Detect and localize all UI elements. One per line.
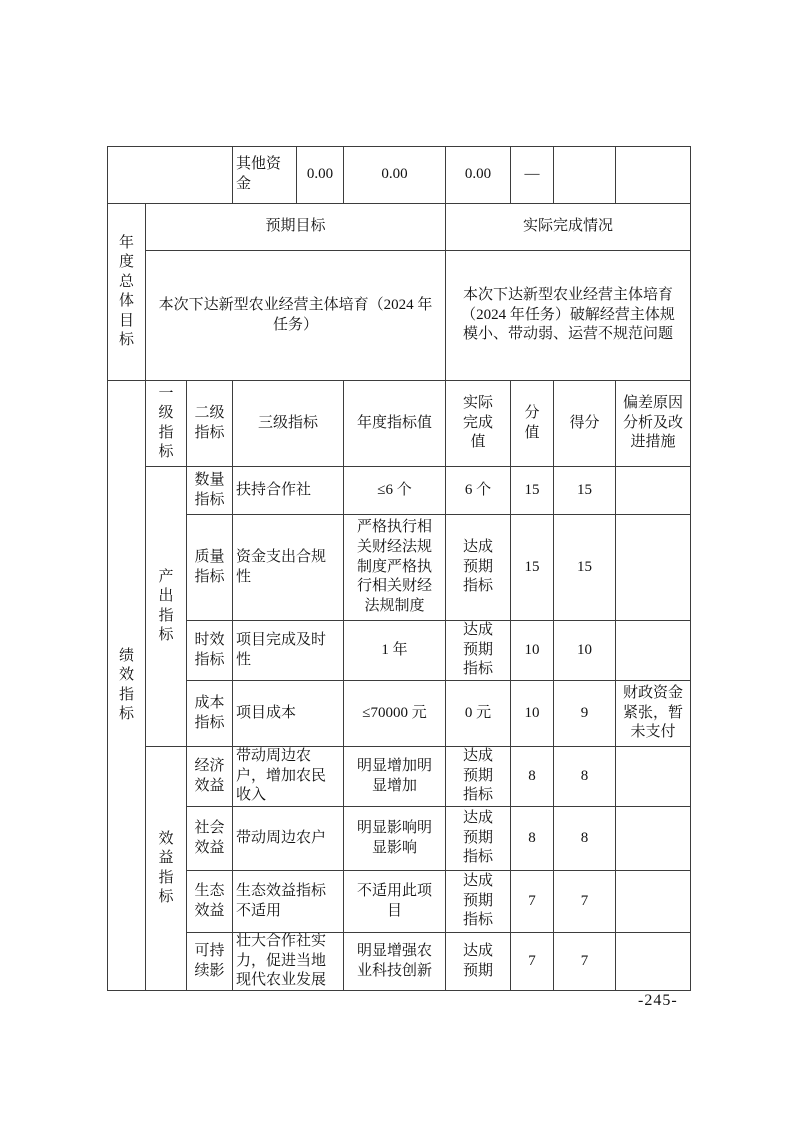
- header-score: 得分: [554, 381, 616, 467]
- row-level3: 壮大合作社实力，促进当地现代农业发展: [233, 933, 344, 991]
- header-deviation: 偏差原因分析及改进措施: [616, 381, 691, 467]
- header-annual-value: 年度指标值: [344, 381, 446, 467]
- row-actual: 达成预期: [446, 933, 511, 991]
- row-points: 8: [511, 807, 554, 871]
- indicators-row-header-text: 绩效指标: [119, 647, 135, 725]
- header-level1-text: 一级指标: [158, 385, 174, 463]
- row-score: 15: [554, 515, 616, 621]
- group-benefit-indicators-text: 效益指标: [158, 830, 174, 908]
- page-number: -245-: [638, 992, 678, 1010]
- row-level3: 生态效益指标不适用: [233, 871, 344, 933]
- funding-adjusted-cell: 0.00: [344, 147, 446, 204]
- row-level3: 项目成本: [233, 681, 344, 747]
- row-score: 8: [554, 747, 616, 807]
- row-points: 15: [511, 467, 554, 515]
- row-level2: 社会效益: [187, 807, 233, 871]
- row-deviation: [616, 747, 691, 807]
- funding-label-cell: 其他资金: [233, 147, 297, 204]
- row-level2: 成本指标: [187, 681, 233, 747]
- row-score: 9: [554, 681, 616, 747]
- row-actual: 0 元: [446, 681, 511, 747]
- row-annual: 明显增强农业科技创新: [344, 933, 446, 991]
- row-level2: 生态效益: [187, 871, 233, 933]
- row-annual: 不适用此项目: [344, 871, 446, 933]
- expected-goal-text: 本次下达新型农业经营主体培育（2024 年任务）: [146, 251, 446, 381]
- row-deviation: [616, 807, 691, 871]
- funding-empty-cell-2: [616, 147, 691, 204]
- row-annual: 严格执行相关财经法规制度严格执行相关财经法规制度: [344, 515, 446, 621]
- row-level2: 数量指标: [187, 467, 233, 515]
- row-annual: ≤6 个: [344, 467, 446, 515]
- row-actual: 达成预期指标: [446, 807, 511, 871]
- performance-table: 其他资金 0.00 0.00 0.00 — 年度总体目标 预期目标 实际完成情况…: [107, 146, 691, 991]
- actual-completion-header: 实际完成情况: [446, 204, 691, 251]
- row-actual: 达成预期指标: [446, 515, 511, 621]
- row-points: 10: [511, 621, 554, 681]
- row-score: 10: [554, 621, 616, 681]
- row-actual: 6 个: [446, 467, 511, 515]
- expected-goal-header: 预期目标: [146, 204, 446, 251]
- row-actual: 达成预期指标: [446, 621, 511, 681]
- row-level2: 质量指标: [187, 515, 233, 621]
- row-score: 15: [554, 467, 616, 515]
- funding-spacer-cell: [108, 147, 233, 204]
- header-level3: 三级指标: [233, 381, 344, 467]
- row-deviation: [616, 467, 691, 515]
- header-level1: 一级指标: [146, 381, 187, 467]
- row-annual: ≤70000 元: [344, 681, 446, 747]
- row-level3: 资金支出合规性: [233, 515, 344, 621]
- row-deviation: [616, 871, 691, 933]
- funding-actual-cell: 0.00: [446, 147, 511, 204]
- row-level2: 经济效益: [187, 747, 233, 807]
- funding-empty-cell-1: [554, 147, 616, 204]
- group-benefit-indicators: 效益指标: [146, 747, 187, 991]
- header-points: 分值: [511, 381, 554, 467]
- row-actual: 达成预期指标: [446, 747, 511, 807]
- row-deviation: [616, 933, 691, 991]
- row-level2: 可持续影: [187, 933, 233, 991]
- row-score: 7: [554, 933, 616, 991]
- row-level3: 带动周边农户: [233, 807, 344, 871]
- annual-goal-row-header-text: 年度总体目标: [119, 234, 135, 351]
- indicators-row-header: 绩效指标: [108, 381, 146, 991]
- row-annual: 明显影响明显影响: [344, 807, 446, 871]
- actual-completion-text: 本次下达新型农业经营主体培育（2024 年任务）破解经营主体规模小、带动弱、运营…: [446, 251, 691, 381]
- row-points: 8: [511, 747, 554, 807]
- header-actual-value: 实际完成值: [446, 381, 511, 467]
- row-annual: 明显增加明显增加: [344, 747, 446, 807]
- funding-budget-cell: 0.00: [297, 147, 344, 204]
- row-level2: 时效指标: [187, 621, 233, 681]
- row-points: 10: [511, 681, 554, 747]
- row-level3: 带动周边农户，增加农民收入: [233, 747, 344, 807]
- row-annual: 1 年: [344, 621, 446, 681]
- row-points: 7: [511, 933, 554, 991]
- row-score: 8: [554, 807, 616, 871]
- row-score: 7: [554, 871, 616, 933]
- row-points: 15: [511, 515, 554, 621]
- row-level3: 项目完成及时性: [233, 621, 344, 681]
- row-deviation: [616, 621, 691, 681]
- row-deviation: 财政资金紧张，暂未支付: [616, 681, 691, 747]
- row-actual: 达成预期指标: [446, 871, 511, 933]
- row-level3: 扶持合作社: [233, 467, 344, 515]
- document-page: 其他资金 0.00 0.00 0.00 — 年度总体目标 预期目标 实际完成情况…: [0, 0, 794, 1122]
- funding-rate-cell: —: [511, 147, 554, 204]
- annual-goal-row-header: 年度总体目标: [108, 204, 146, 381]
- row-points: 7: [511, 871, 554, 933]
- row-deviation: [616, 515, 691, 621]
- group-output-indicators: 产出指标: [146, 467, 187, 747]
- group-output-indicators-text: 产出指标: [158, 568, 174, 646]
- header-level2: 二级指标: [187, 381, 233, 467]
